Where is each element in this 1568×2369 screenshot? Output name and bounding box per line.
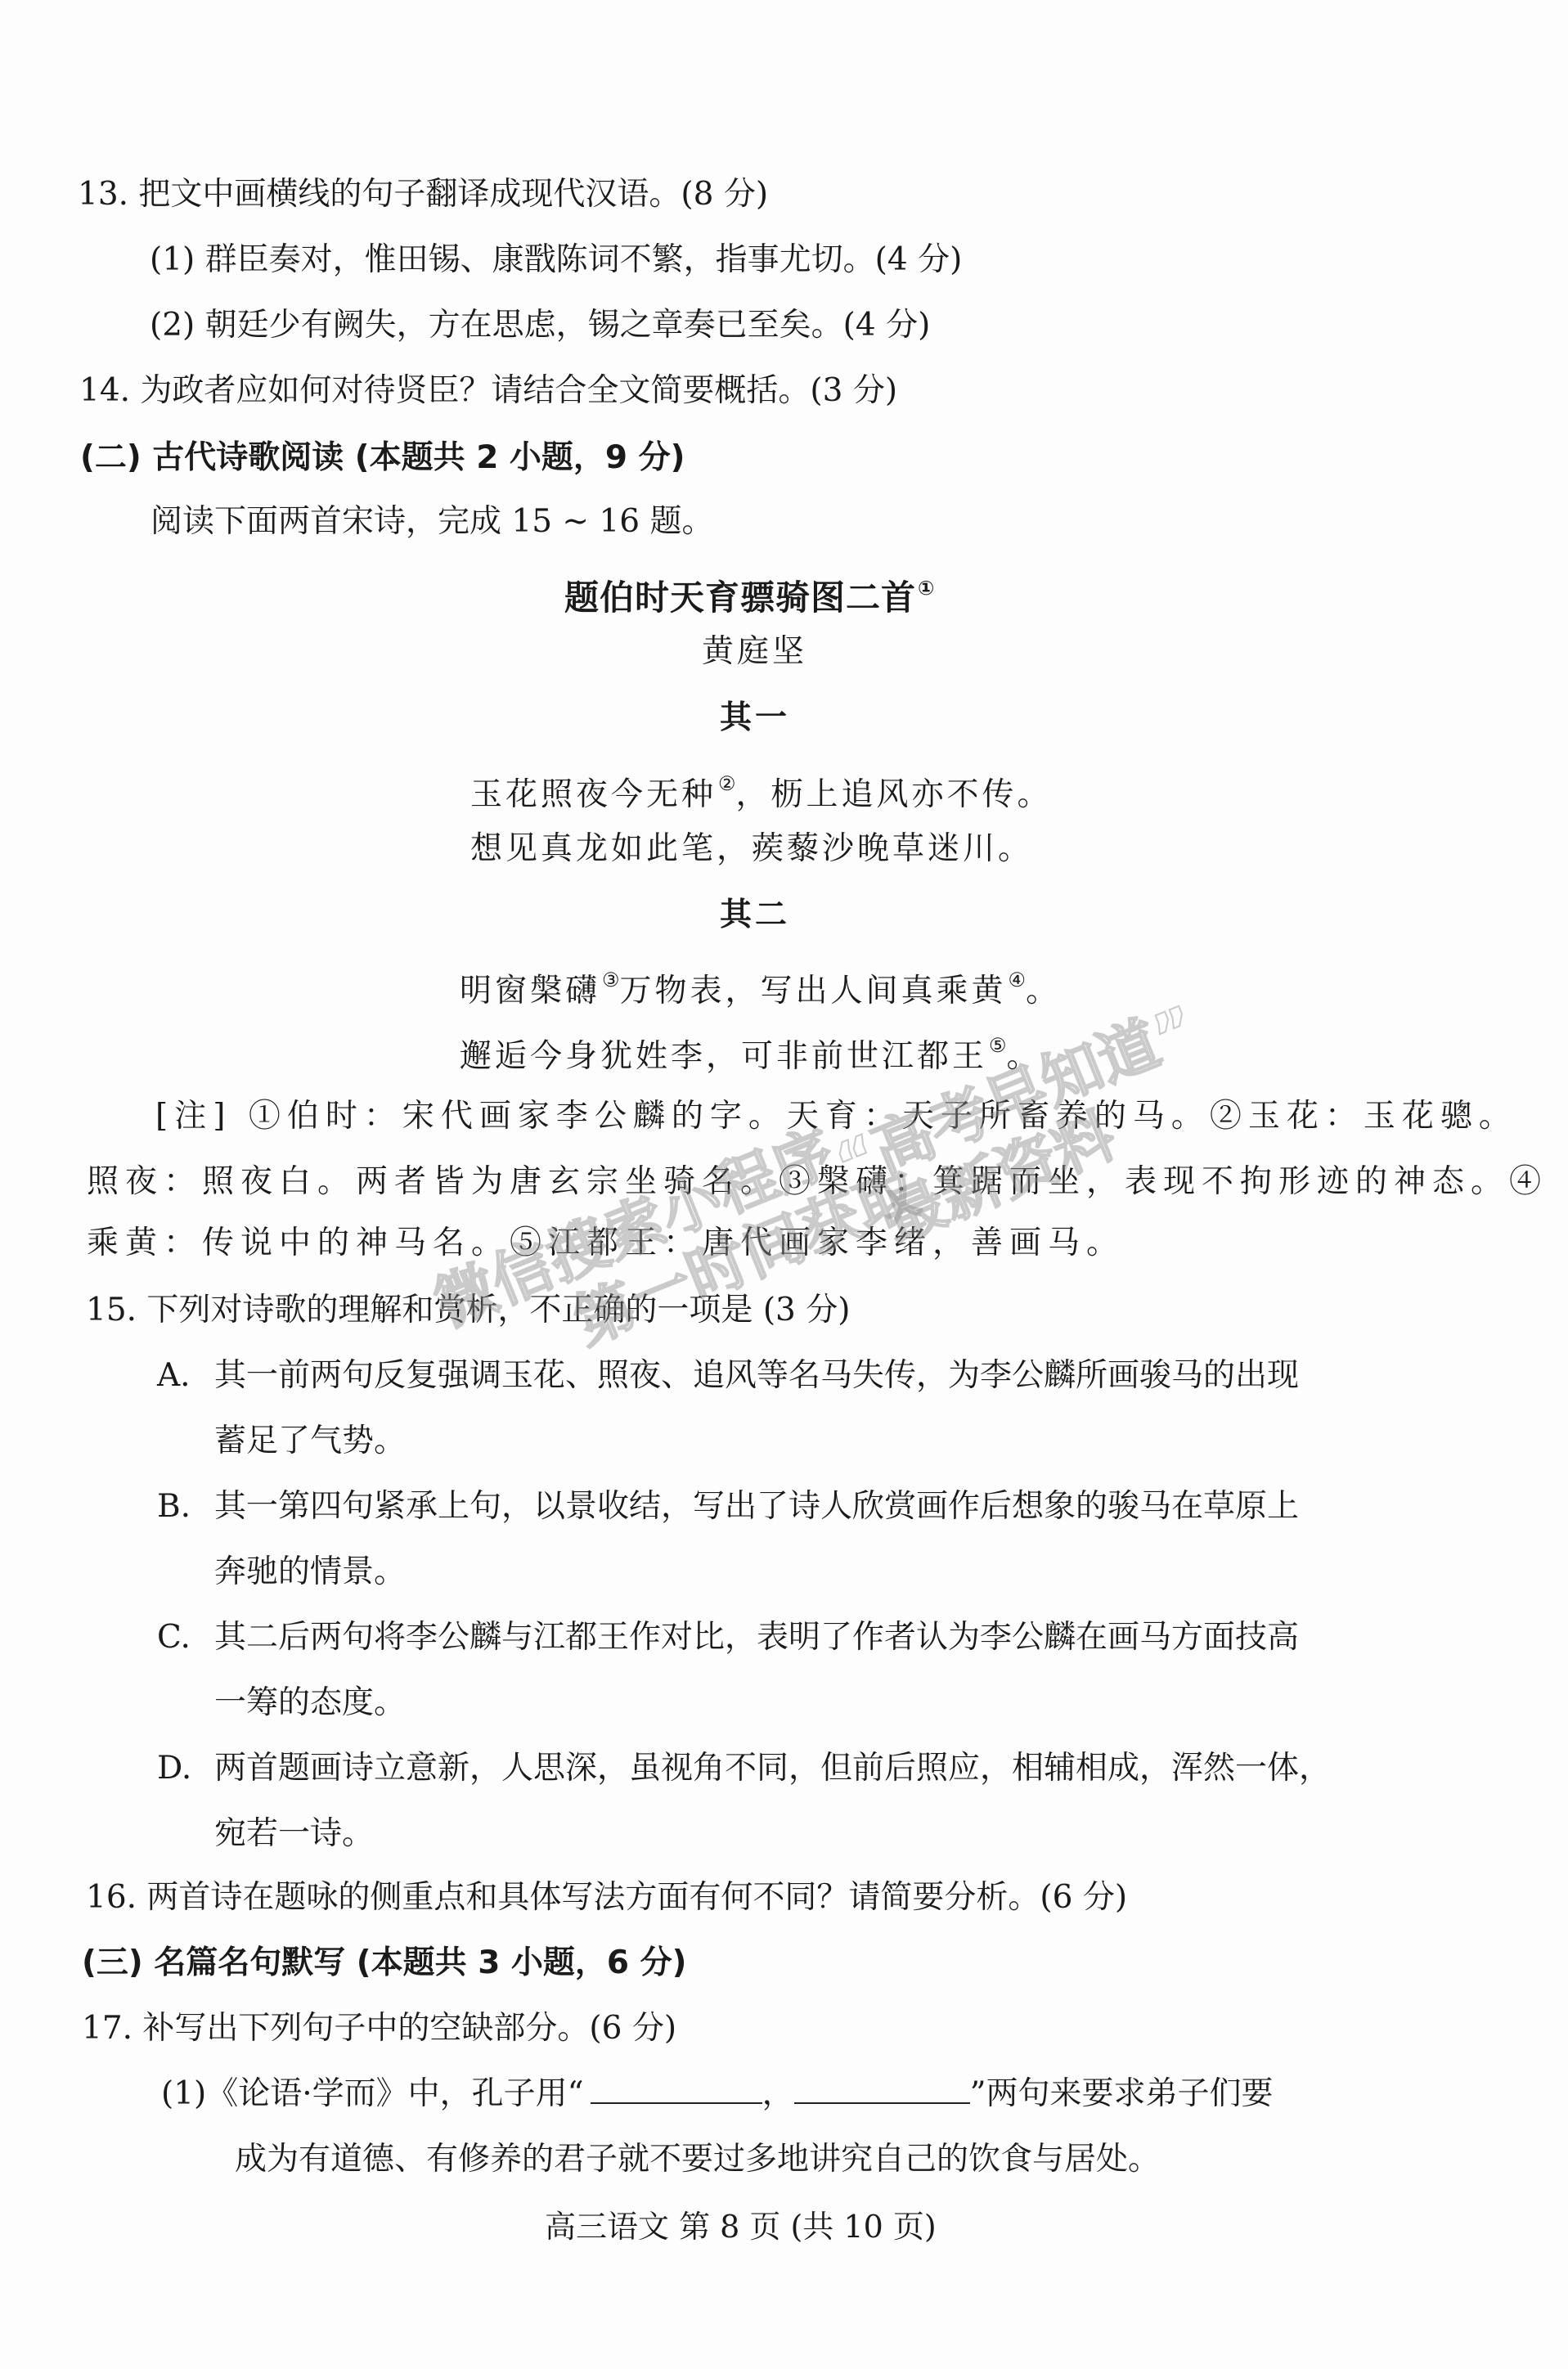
question-17-sub1-prefix: (1)《论语·学而》中，孔子用“ (161, 2075, 584, 2112)
option-b: B.其一第四句紧承上句，以景收结，写出了诗人欣赏画作后想象的骏马在草原上 (157, 1482, 1299, 1531)
poem-part1-line1-a: 玉花照夜今无种 (470, 776, 717, 813)
option-c-label: C. (157, 1613, 214, 1662)
question-17-stem: 17. 补写出下列句子中的空缺部分。(6 分) (82, 2004, 676, 2053)
poem-notes-line3: 乘黄：传说中的神马名。⑤江都王：唐代画家李绪，善画马。 (87, 1219, 1125, 1268)
poem-part1-label: 其一 (720, 693, 790, 742)
section-2-heading: (二) 古代诗歌阅读 (本题共 2 小题，9 分) (80, 434, 685, 483)
poem-notes-line2: 照夜：照夜白。两者皆为唐玄宗坐骑名。③槃礴：箕踞而坐，表现不拘形迹的神态。④ (87, 1158, 1431, 1207)
poem-part2-line1: 明窗槃礴③万物表，写出人间真乘黄④。 (460, 955, 1061, 1005)
option-b-text: 其一第四句紧承上句，以景收结，写出了诗人欣赏画作后想象的骏马在草原上 (214, 1488, 1299, 1525)
question-17-sub1-suffix: ”两句来要求弟子们要 (970, 2075, 1274, 2112)
footnote-marker-2: ② (718, 772, 736, 795)
question-17-sub1: (1)《论语·学而》中，孔子用“，”两句来要求弟子们要 (161, 2070, 1274, 2119)
footnote-marker-4: ④ (1009, 969, 1027, 991)
exam-page: 13. 把文中画横线的句子翻译成现代汉语。(8 分) (1) 群臣奏对，惟田锡、… (0, 0, 1568, 2369)
question-13-stem: 13. 把文中画横线的句子翻译成现代汉语。(8 分) (78, 170, 768, 219)
footnote-marker-3: ③ (602, 969, 620, 991)
poem-part1-line2: 想见真龙如此笔，蒺藜沙晚草迷川。 (470, 825, 1033, 874)
page-footer: 高三语文 第 8 页 (共 10 页) (545, 2202, 937, 2251)
question-13-sub1: (1) 群臣奏对，惟田锡、康戬陈词不繁，指事尤切。(4 分) (150, 236, 962, 285)
footnote-marker-5: ⑤ (989, 1034, 1007, 1057)
poem-part2-line1-c: 。 (1026, 973, 1061, 1009)
poem-part2-line1-a: 明窗槃礴 (460, 973, 600, 1009)
option-c-text: 其二后两句将李公麟与江都王作对比，表明了作者认为李公麟在画马方面技高 (214, 1619, 1299, 1656)
option-b-label: B. (157, 1482, 214, 1531)
question-16-stem: 16. 两首诗在题咏的侧重点和具体写法方面有何不同？请简要分析。(6 分) (86, 1873, 1127, 1922)
poem-part1-line1: 玉花照夜今无种②，枥上追风亦不传。 (470, 759, 1053, 808)
poem-title-text: 题伯时天育骠骑图二首 (564, 578, 916, 618)
poem-part2-label: 其二 (720, 890, 790, 939)
poem-author: 黄庭坚 (702, 627, 807, 677)
poem-part2-line1-b: 万物表，写出人间真乘黄 (620, 973, 1007, 1009)
poem-notes-line1: [注] ①伯时：宋代画家李公麟的字。天育：天子所畜养的马。②玉花：玉花骢。 (155, 1092, 1431, 1141)
poem-title: 题伯时天育骠骑图二首① (564, 564, 934, 613)
blank-separator: ， (762, 2075, 794, 2112)
option-a-continuation: 蓄足了气势。 (214, 1417, 406, 1466)
option-d-continuation: 宛若一诗。 (214, 1809, 374, 1859)
section-2-instruction: 阅读下面两首宋诗，完成 15 ~ 16 题。 (151, 497, 714, 546)
poem-part1-line1-b: ，枥上追风亦不传。 (736, 776, 1053, 813)
section-3-heading: (三) 名篇名句默写 (本题共 3 小题，6 分) (82, 1939, 686, 1988)
poem-part2-line2-b: 。 (1007, 1038, 1042, 1075)
question-14-stem: 14. 为政者应如何对待贤臣？请结合全文简要概括。(3 分) (79, 366, 897, 416)
poem-part2-line2: 邂逅今身犹姓李，可非前世江都王⑤。 (460, 1021, 1042, 1070)
option-c-continuation: 一筹的态度。 (214, 1679, 406, 1728)
question-17-sub1-continuation: 成为有道德、有修养的君子就不要过多地讲究自己的饮食与居处。 (235, 2135, 1160, 2184)
answer-blank-2[interactable] (794, 2075, 970, 2104)
poem-part2-line2-a: 邂逅今身犹姓李，可非前世江都王 (460, 1038, 987, 1075)
option-a-label: A. (157, 1351, 214, 1400)
answer-blank-1[interactable] (591, 2075, 762, 2104)
footnote-marker-1: ① (918, 577, 934, 600)
option-a-text: 其一前两句反复强调玉花、照夜、追风等名马失传，为李公麟所画骏马的出现 (214, 1357, 1299, 1394)
option-d: D.两首题画诗立意新，人思深，虽视角不同，但前后照应，相辅相成，浑然一体， (157, 1744, 1331, 1793)
option-c: C.其二后两句将李公麟与江都王作对比，表明了作者认为李公麟在画马方面技高 (157, 1613, 1299, 1662)
option-b-continuation: 奔驰的情景。 (214, 1548, 406, 1597)
option-a: A.其一前两句反复强调玉花、照夜、追风等名马失传，为李公麟所画骏马的出现 (157, 1351, 1299, 1400)
option-d-text: 两首题画诗立意新，人思深，虽视角不同，但前后照应，相辅相成，浑然一体， (214, 1750, 1331, 1787)
question-15-stem: 15. 下列对诗歌的理解和赏析，不正确的一项是 (3 分) (86, 1286, 850, 1335)
option-d-label: D. (157, 1744, 214, 1793)
question-13-sub2: (2) 朝廷少有阙失，方在思虑，锡之章奏已至矣。(4 分) (150, 301, 930, 350)
